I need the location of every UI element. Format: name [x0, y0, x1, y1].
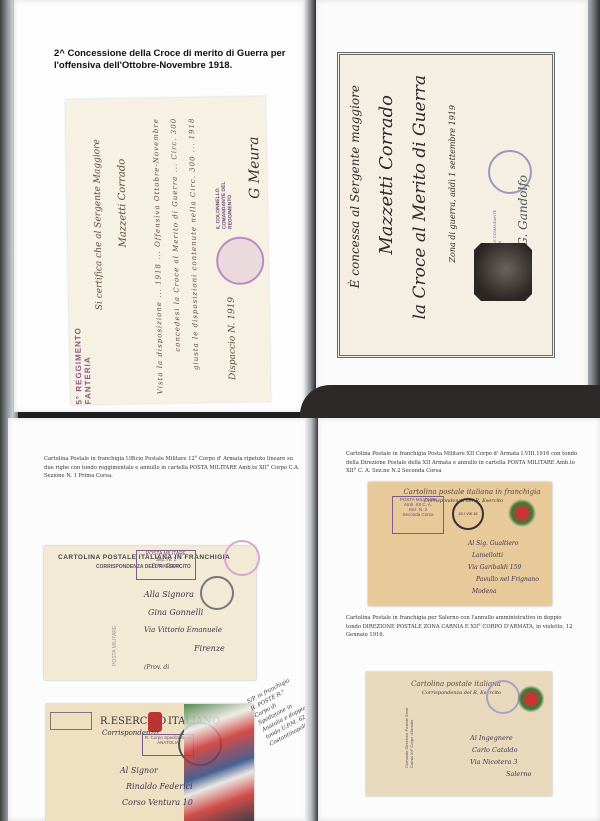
soldier-photo [474, 243, 532, 301]
recipient-line: Alla Signora [144, 590, 194, 599]
recipient-line: Carlo Cataldo [472, 746, 518, 754]
page-title: 2^ Concessione della Croce di merito di … [54, 48, 304, 72]
regiment-header: 5° REGGIMENTO FANTERIA [73, 289, 93, 404]
flags-crest-icon [504, 498, 540, 528]
side-cancel: Comando Direzione Postale Zona Carnia XI… [404, 702, 414, 768]
side-label: POSTA MILITARE [112, 586, 118, 666]
page-gutter [304, 0, 316, 400]
signature: G Meura [246, 136, 263, 199]
recipient-line: Firenze [194, 644, 225, 653]
recipient-line: Corso Ventura 10 [122, 798, 193, 807]
handwriting-body: Vista la disposizione ... 1918 ... Offen… [152, 118, 165, 394]
boxed-cancel: POSTA MILITARE Sez. N. 1 Prima Corsa [136, 550, 196, 580]
page-gutter [305, 418, 318, 821]
certificate-award: la Croce al Merito di Guerra [410, 75, 430, 320]
merit-cross-letter: 5° REGGIMENTO FANTERIA Si certifica che … [65, 96, 270, 404]
flags-illustration [184, 704, 254, 821]
binder-cover-edge [300, 385, 600, 418]
recipient-line: Modena [472, 588, 497, 595]
recipient-line: Via Garibaldi 159 [468, 564, 521, 571]
postmark [200, 576, 234, 610]
postmark: 15 I VIII 16 [452, 498, 484, 530]
signature-block: IL COLONNELLO COMANDANTE DEL REGGIMENTO [214, 159, 241, 229]
recipient-line: Gina Gonnelli [148, 608, 203, 617]
regiment-seal [216, 236, 265, 285]
recipient-line: Via Nicotera 3 [470, 758, 518, 766]
handwriting-body: concedesi la Croce al Merito di Guerra .… [170, 118, 182, 352]
handwriting-date: Dispaccio N. 1919 [227, 297, 238, 380]
recipient-line: Salerno [506, 770, 531, 778]
province-label: (Prov. di [144, 664, 169, 671]
recipient-line: Al Sig. Gualtiero [468, 540, 518, 547]
recipient-line: Al Signor [120, 766, 158, 775]
caption: Cartolina Postale in franchigia Posta Mi… [346, 450, 578, 476]
boxed-cancel: POSTA MILITARE Amb. XII C. A. Sez. N. 2 … [392, 496, 444, 534]
postcard-franchigia: CARTOLINA POSTALE ITALIANA IN FRANCHIGIA… [44, 546, 256, 680]
recipient-line: Pavullo nel Frignano [476, 576, 539, 583]
cancel-line: Prima Corsa [137, 563, 195, 569]
caption: Cartolina Postale in franchigia Ufficio … [44, 455, 302, 481]
recipient-line: Al Ingegnere [470, 734, 513, 742]
certificate-date: Zona di guerra, addì 1 settembre 1919 [448, 105, 457, 263]
franchigia-box [50, 712, 92, 730]
regimental-seal [224, 540, 260, 576]
postcard-salerno: Cartolina postale italiana Corrispondenz… [366, 672, 552, 796]
certificate-line-1: È concessa al Sergente maggiore [348, 85, 362, 288]
postcard-esercito: R.ESERCITO ITALIANO Corrispondenza R. Co… [46, 704, 254, 821]
handwriting-body: giusta le disposizioni contenute nella C… [188, 117, 200, 370]
recipient-line: Via Vittorio Emanuele [144, 626, 222, 634]
handwriting-line: Si certifica che al Sergente Maggiore [92, 139, 105, 310]
handwriting-name: Mazzetti Corrado [116, 159, 129, 248]
signature: G. Gandolfo [516, 175, 530, 247]
recipient-line: Rinaldo Federici [126, 782, 193, 791]
postcard-xii-corpo: Cartolina postale italiana in franchigia… [368, 482, 552, 606]
cancel-line: Seconda Corsa [393, 512, 443, 517]
postcard-header: Cartolina postale italiana in franchigia [402, 488, 542, 496]
certificate-name: Mazzetti Corrado [376, 95, 397, 255]
recipient-line: Lamellotti [472, 552, 503, 559]
flags-crest-icon [514, 684, 548, 714]
merit-cross-certificate: È concessa al Sergente maggiore Mazzetti… [337, 52, 555, 358]
caption: Cartolina Postale in franchigia per Sale… [346, 614, 578, 640]
